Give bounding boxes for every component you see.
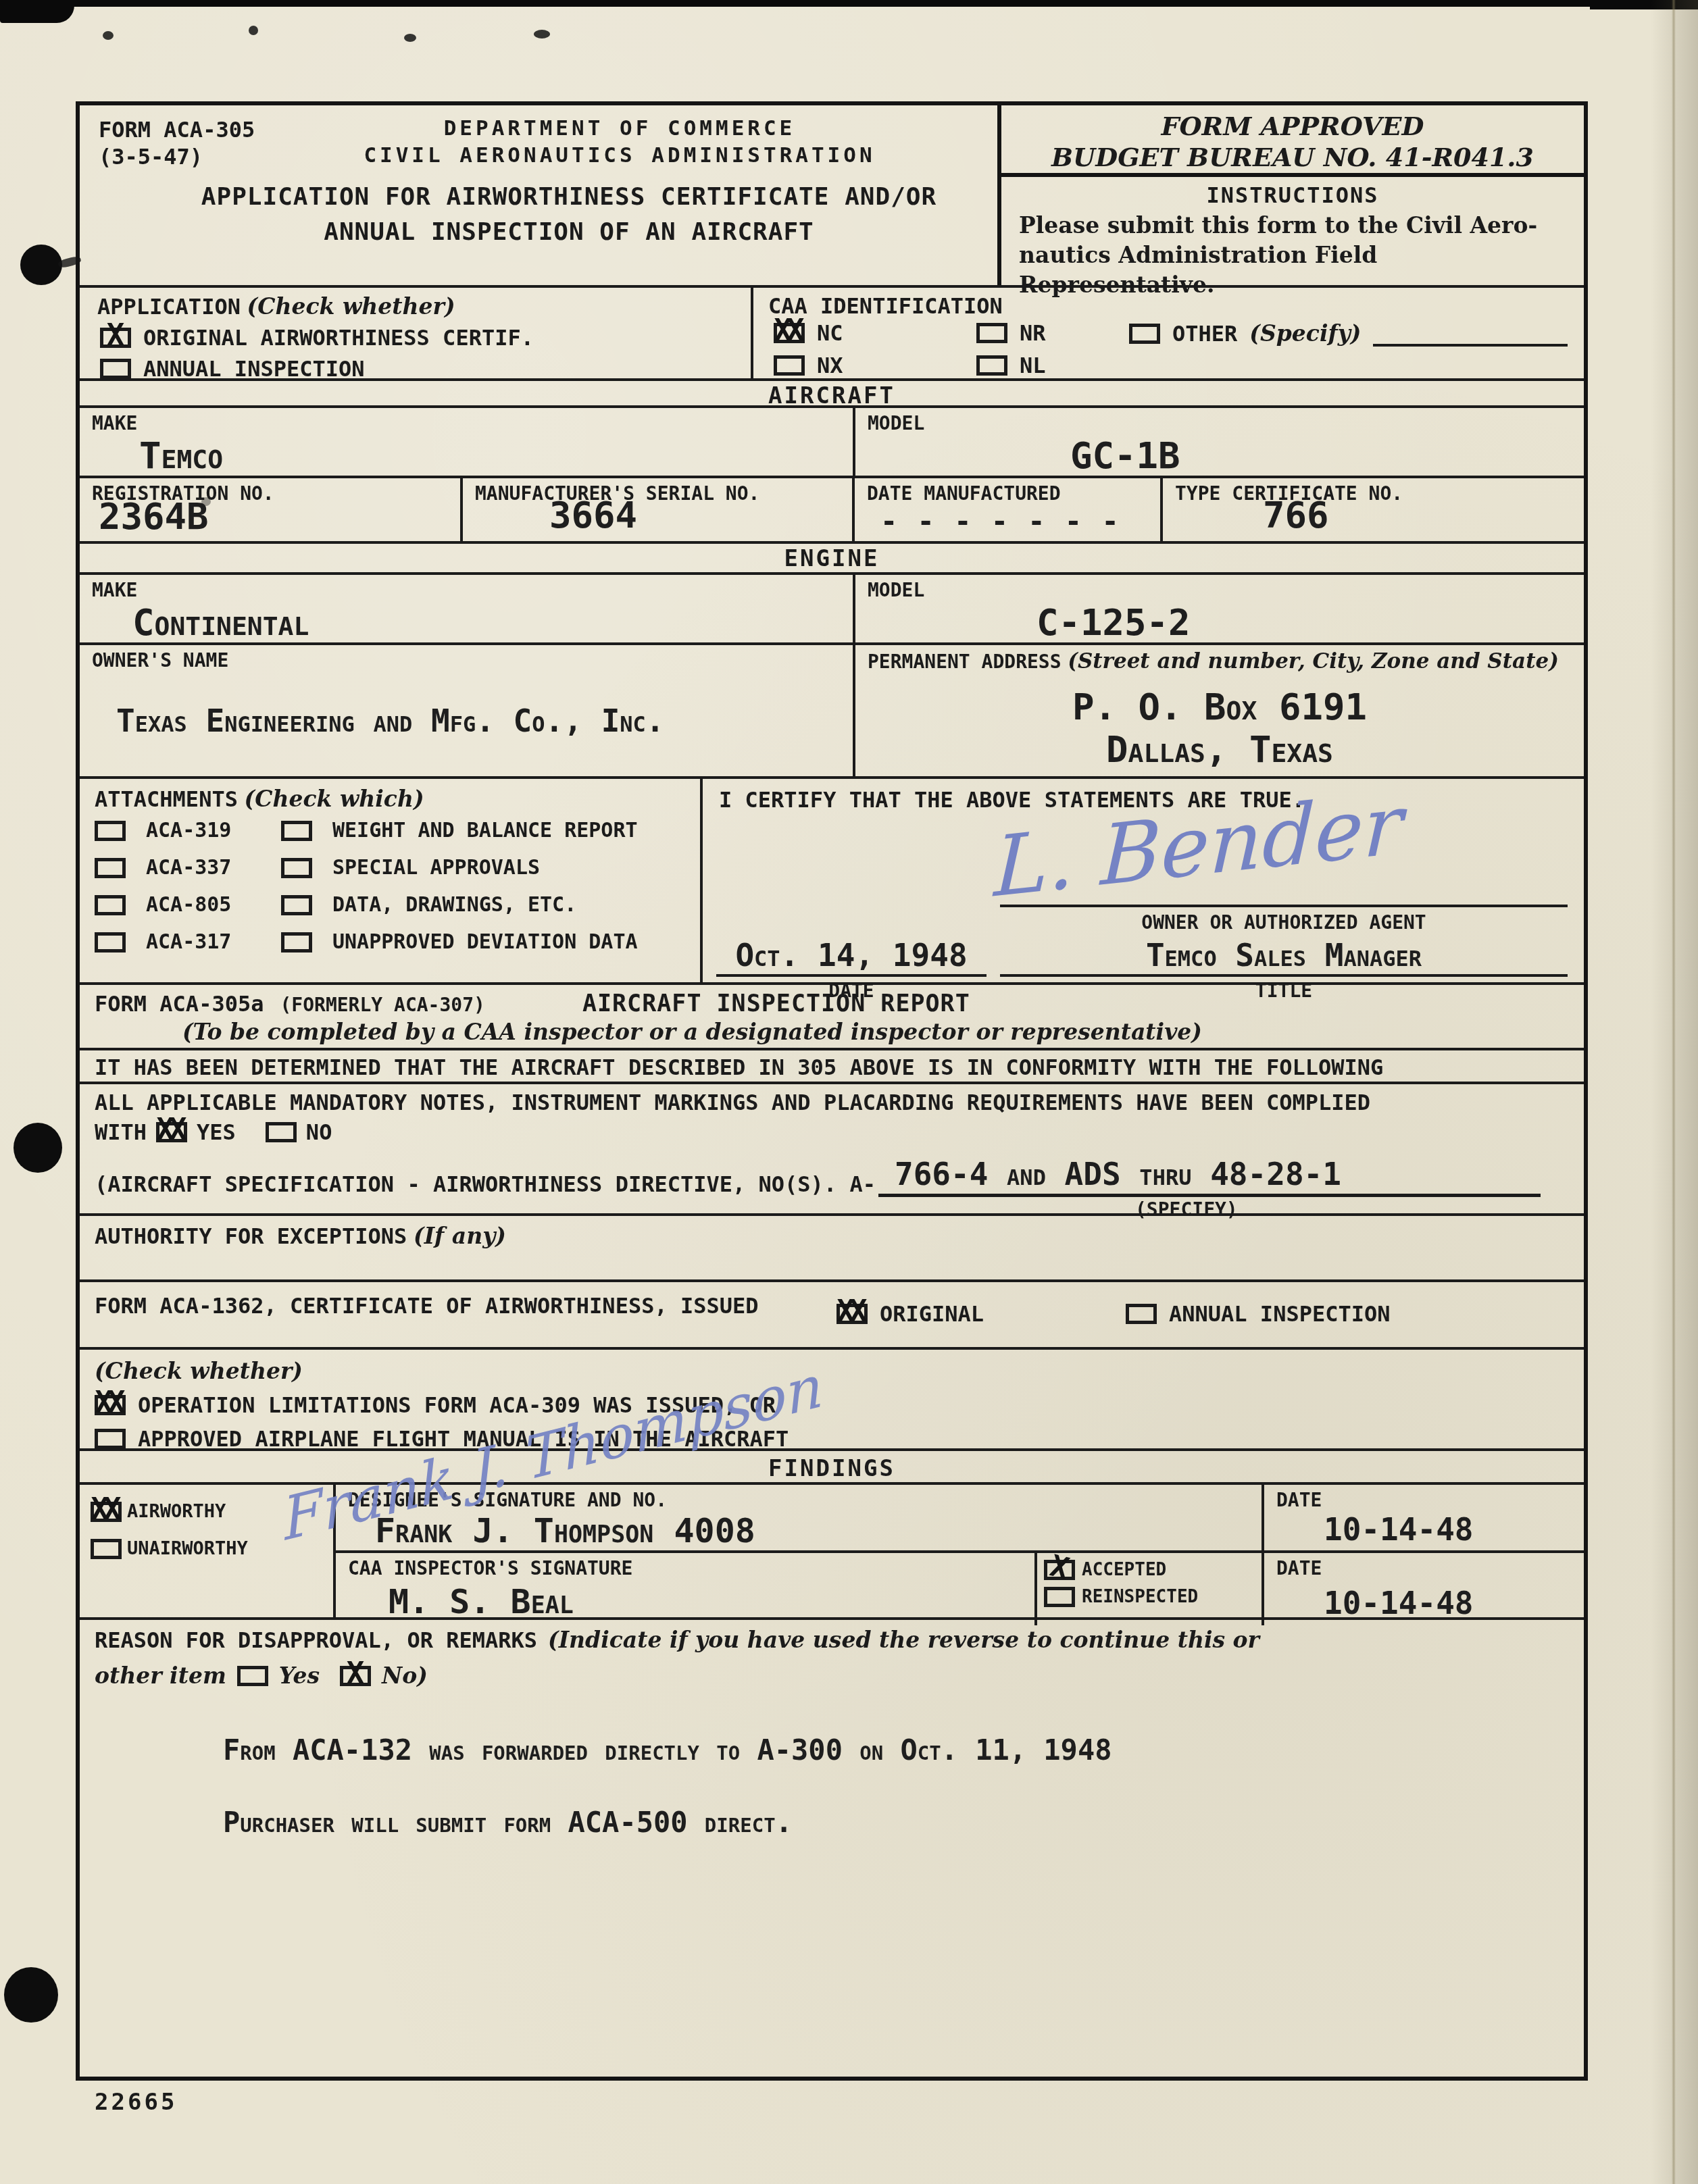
other-label: OTHER (1172, 321, 1237, 347)
aircraft-make-model-row: MAKE Temco MODEL GC-1B (80, 408, 1584, 478)
authority-exceptions-row: AUTHORITY FOR EXCEPTIONS (If any) (80, 1216, 1584, 1282)
unapproved-deviation-label: UNAPPROVED DEVIATION DATA (332, 930, 685, 954)
check-which-note: (Check which) (245, 786, 424, 812)
instructions-box: INSTRUCTIONS Please submit this form to … (1001, 177, 1584, 305)
paper-crease (1672, 0, 1676, 2184)
airworthy-checkbox[interactable]: XX (91, 1502, 122, 1522)
instructions-title: INSTRUCTIONS (1019, 182, 1566, 208)
if-any-note: (If any) (414, 1223, 506, 1249)
engine-model-value: C-125-2 (1037, 601, 1191, 644)
special-approvals-checkbox[interactable] (281, 858, 312, 878)
check-whether-note: (Check whether) (247, 293, 455, 320)
type-certificate-cell: TYPE CERTIFICATE NO. 766 (1163, 478, 1584, 541)
aca-305-form: FORM ACA-305 (3-5-47) DEPARTMENT OF COMM… (76, 101, 1588, 2081)
aircraft-make-value: Temco (139, 434, 223, 477)
checkbox-mark: X (107, 318, 125, 353)
application-label: APPLICATION (97, 294, 241, 320)
issued-original-label: ORIGINAL (880, 1301, 984, 1327)
engine-make-model-row: MAKE Continental MODEL C-125-2 (80, 575, 1584, 645)
engine-section-title: ENGINE (80, 544, 1584, 575)
engine-model-label: MODEL (868, 579, 1572, 601)
nl-checkbox[interactable] (976, 355, 1007, 376)
other-specify-field[interactable] (1373, 321, 1568, 347)
annual-inspection-checkbox[interactable] (100, 359, 131, 379)
owner-row: OWNER'S NAME Texas Engineering and Mfg. … (80, 645, 1584, 779)
permanent-address-cell: PERMANENT ADDRESS (Street and number, Ci… (855, 645, 1584, 776)
aircraft-make-cell: MAKE Temco (80, 408, 855, 476)
punch-hole (20, 245, 62, 285)
date-manufactured-label: DATE MANUFACTURED (867, 482, 1148, 505)
certification-cell: I CERTIFY THAT THE ABOVE STATEMENTS ARE … (700, 779, 1584, 982)
reinspected-label: REINSPECTED (1082, 1587, 1198, 1607)
with-label: WITH (95, 1119, 147, 1145)
nr-label: NR (1020, 320, 1046, 346)
checkbox-mark: XX (774, 313, 805, 348)
nx-checkbox[interactable] (774, 355, 805, 376)
inspector-date-label: DATE (1276, 1557, 1572, 1579)
unairworthy-checkbox[interactable] (91, 1539, 122, 1559)
aca-805-label: ACA-805 (146, 893, 281, 917)
inspector-typed-name: M. S. Beal (389, 1582, 1022, 1621)
designee-date-value: 10-14-48 (1324, 1511, 1572, 1548)
nc-checkbox[interactable]: XX (774, 323, 805, 343)
engine-make-value: Continental (132, 601, 309, 644)
complied-no-checkbox[interactable] (266, 1122, 297, 1142)
form-number-line1: FORM ACA-305 (99, 116, 255, 143)
formerly-note: (FORMERLY ACA-307) (280, 994, 484, 1016)
print-serial-number: 22665 (95, 2089, 177, 2116)
issued-annual-label: ANNUAL INSPECTION (1169, 1301, 1391, 1327)
inspector-date-value: 10-14-48 (1324, 1585, 1572, 1621)
data-drawings-label: DATA, DRAWINGS, ETC. (332, 893, 685, 917)
original-airworthiness-label: ORIGINAL AIRWORTHINESS CERTIF. (143, 325, 534, 351)
header-right: FORM APPROVED BUDGET BUREAU NO. 41-R041.… (997, 105, 1584, 285)
aca-319-checkbox[interactable] (95, 821, 126, 841)
punch-hole (14, 1123, 62, 1173)
nl-label: NL (1020, 353, 1046, 378)
form-header: FORM ACA-305 (3-5-47) DEPARTMENT OF COMM… (80, 105, 1584, 288)
punch-hole (4, 1967, 58, 2023)
date-manufactured-value: - - - - - - - (880, 505, 1120, 538)
reinspected-checkbox[interactable] (1044, 1587, 1075, 1607)
weight-balance-checkbox[interactable] (281, 821, 312, 841)
attachments-cell: ATTACHMENTS (Check which) ACA-319 WEIGHT… (80, 779, 700, 982)
title-value: Temco Sales Manager (1000, 937, 1568, 973)
checkbox-mark: X (1047, 1548, 1072, 1586)
annual-inspection-label: ANNUAL INSPECTION (143, 356, 365, 382)
aca-319-label: ACA-319 (146, 819, 281, 842)
inspector-row: CAA INSPECTOR'S SIGNATURE M. S. Beal X A… (336, 1553, 1584, 1625)
type-certificate-value: 766 (1263, 494, 1329, 536)
designee-date-cell[interactable]: DATE 10-14-48 (1262, 1485, 1584, 1550)
inspection-report-title: AIRCRAFT INSPECTION REPORT (582, 990, 970, 1017)
form-title-line1: APPLICATION FOR AIRWORTHINESS CERTIFICAT… (141, 180, 997, 215)
photo-edge-corner (0, 0, 74, 23)
weight-balance-label: WEIGHT AND BALANCE REPORT (332, 819, 685, 842)
spec-directive-field[interactable]: 766-4 and ADS thru 48-28-1 (878, 1154, 1541, 1197)
aca-1362-row: FORM ACA-1362, CERTIFICATE OF AIRWORTHIN… (80, 1282, 1584, 1350)
permanent-address-note: (Street and number, City, Zone and State… (1068, 649, 1559, 674)
budget-bureau-number: BUDGET BUREAU NO. 41-R041.3 (1001, 142, 1584, 173)
owner-name-value: Texas Engineering and Mfg. Co., Inc. (116, 703, 841, 739)
aircraft-registration-row: REGISTRATION NO. 2364B MANUFACTURER'S SE… (80, 478, 1584, 544)
caa-identification-cell: CAA IDENTIFICATION XX NC NR NX NL (751, 288, 1584, 378)
checkbox-mark: XX (91, 1492, 122, 1526)
title-line[interactable] (1000, 974, 1568, 977)
remarks-note-line2: other item (95, 1662, 226, 1689)
aca-1362-label: FORM ACA-1362, CERTIFICATE OF AIRWORTHIN… (95, 1293, 759, 1319)
issued-original-checkbox[interactable]: XX (836, 1304, 868, 1324)
remarks-typed-line1: From ACA-132 was forwarded directly to A… (223, 1733, 1569, 1767)
certify-date-value: Oct. 14, 1948 (716, 937, 987, 973)
check-whether-section: (Check whether) XX OPERATION LIMITATIONS… (80, 1350, 1584, 1451)
remarks-label: REASON FOR DISAPPROVAL, OR REMARKS (95, 1627, 537, 1653)
designee-typed-name: Frank J. Thompson 4008 (375, 1511, 1249, 1550)
serial-cell: MANUFACTURER'S SERIAL NO. 3664 (463, 478, 855, 541)
aircraft-model-value: GC-1B (1070, 434, 1180, 477)
date-line[interactable] (716, 974, 987, 977)
department-line1: DEPARTMENT OF COMMERCE (242, 115, 997, 142)
authority-exceptions-label: AUTHORITY FOR EXCEPTIONS (95, 1223, 407, 1249)
other-checkbox[interactable] (1129, 324, 1160, 344)
date-manufactured-cell: DATE MANUFACTURED - - - - - - - (855, 478, 1163, 541)
address-line2: Dallas, Texas (868, 728, 1572, 771)
serial-label: MANUFACTURER'S SERIAL NO. (475, 482, 840, 505)
address-line1: P. O. Box 6191 (868, 686, 1572, 728)
nx-label: NX (817, 353, 843, 378)
yes-label: YES (197, 1119, 236, 1145)
spec-directive-label: (AIRCRAFT SPECIFICATION - AIRWORTHINESS … (95, 1171, 876, 1197)
inspector-date-cell[interactable]: DATE 10-14-48 (1262, 1553, 1584, 1625)
no-label: NO (306, 1119, 332, 1145)
aircraft-model-label: MODEL (868, 412, 1572, 434)
aircraft-make-label: MAKE (92, 412, 841, 434)
accepted-cell: X ACCEPTED REINSPECTED (1034, 1553, 1262, 1625)
form-title-line2: ANNUAL INSPECTION OF AN AIRCRAFT (141, 215, 997, 250)
designee-date-label: DATE (1276, 1489, 1572, 1511)
reverse-used-yes-checkbox[interactable] (237, 1666, 268, 1686)
form-approved-line: FORM APPROVED (1001, 111, 1584, 142)
attachments-certify-row: ATTACHMENTS (Check which) ACA-319 WEIGHT… (80, 779, 1584, 985)
check-whether-label: (Check whether) (95, 1358, 1569, 1384)
registration-value: 2364B (99, 495, 209, 538)
reverse-used-no-checkbox[interactable]: X (340, 1666, 371, 1686)
aca-337-checkbox[interactable] (95, 858, 126, 878)
issued-annual-checkbox[interactable] (1126, 1304, 1157, 1324)
department-line2: CIVIL AERONAUTICS ADMINISTRATION (242, 142, 997, 169)
original-airworthiness-checkbox[interactable]: X (100, 328, 131, 348)
photo-edge-top (0, 0, 1698, 7)
accepted-label: ACCEPTED (1082, 1560, 1166, 1580)
instructions-line1: Please submit this form to the Civil Aer… (1019, 211, 1566, 240)
serial-value: 3664 (549, 494, 637, 536)
inspection-report-header: FORM ACA-305a (FORMERLY ACA-307) AIRCRAF… (80, 985, 1584, 1050)
compliance-statement: ALL APPLICABLE MANDATORY NOTES, INSTRUME… (95, 1090, 1569, 1115)
permanent-address-label: PERMANENT ADDRESS (868, 651, 1062, 673)
aircraft-model-cell: MODEL GC-1B (855, 408, 1584, 476)
engine-make-cell: MAKE Continental (80, 575, 855, 642)
aca-337-label: ACA-337 (146, 856, 281, 880)
conformity-statement: IT HAS BEEN DETERMINED THAT THE AIRCRAFT… (80, 1050, 1584, 1084)
inspector-signature-cell[interactable]: CAA INSPECTOR'S SIGNATURE M. S. Beal (336, 1553, 1034, 1625)
checkbox-mark: XX (837, 1294, 868, 1329)
remarks-note-line1: (Indicate if you have used the reverse t… (548, 1627, 1259, 1653)
unapproved-deviation-checkbox[interactable] (281, 932, 312, 953)
unairworthy-label: UNAIRWORTHY (127, 1538, 248, 1559)
application-cell: APPLICATION (Check whether) X ORIGINAL A… (80, 288, 751, 378)
aircraft-section-title: AIRCRAFT (80, 381, 1584, 408)
form-title: APPLICATION FOR AIRWORTHINESS CERTIFICAT… (141, 180, 997, 250)
type-certificate-label: TYPE CERTIFICATE NO. (1175, 482, 1572, 505)
budget-bureau-box: FORM APPROVED BUDGET BUREAU NO. 41-R041.… (1001, 105, 1584, 177)
remarks-section: REASON FOR DISAPPROVAL, OR REMARKS (Indi… (80, 1620, 1584, 2077)
inspection-report-subtitle: (To be completed by a CAA inspector or a… (182, 1019, 1569, 1045)
accepted-checkbox[interactable]: X (1044, 1560, 1075, 1580)
aca-805-checkbox[interactable] (95, 895, 126, 915)
inspector-signature-label: CAA INSPECTOR'S SIGNATURE (348, 1557, 1022, 1579)
checkbox-mark: XX (157, 1113, 187, 1147)
airworthy-label: AIRWORTHY (127, 1501, 226, 1522)
flight-manual-checkbox[interactable] (95, 1429, 126, 1449)
operation-limitations-checkbox[interactable]: XX (95, 1395, 126, 1415)
engine-model-cell: MODEL C-125-2 (855, 575, 1584, 642)
reverse-used-yes-label: Yes (279, 1662, 320, 1689)
scanned-form-page: FORM ACA-305 (3-5-47) DEPARTMENT OF COMM… (0, 0, 1698, 2184)
header-left: FORM ACA-305 (3-5-47) DEPARTMENT OF COMM… (80, 105, 997, 285)
owner-name-cell: OWNER'S NAME Texas Engineering and Mfg. … (80, 645, 855, 776)
form-number-line2: (3-5-47) (99, 143, 255, 170)
nc-label: NC (817, 320, 843, 346)
nr-checkbox[interactable] (976, 323, 1007, 343)
aca-317-checkbox[interactable] (95, 932, 126, 953)
form-305a-number: FORM ACA-305a (95, 991, 264, 1017)
complied-yes-checkbox[interactable]: XX (156, 1122, 187, 1142)
reverse-used-no-label: No) (382, 1662, 428, 1689)
checkbox-mark: XX (95, 1386, 126, 1420)
other-specify-note: (Specify) (1249, 320, 1361, 347)
form-number: FORM ACA-305 (3-5-47) (99, 116, 255, 170)
engine-make-label: MAKE (92, 579, 841, 601)
remarks-typed-line2: Purchaser will submit form ACA-500 direc… (223, 1806, 1569, 1839)
owner-agent-label: OWNER OR AUTHORIZED AGENT (1000, 911, 1568, 934)
aca-317-label: ACA-317 (146, 930, 281, 954)
special-approvals-label: SPECIAL APPROVALS (332, 856, 685, 880)
compliance-section: ALL APPLICABLE MANDATORY NOTES, INSTRUME… (80, 1084, 1584, 1216)
data-drawings-checkbox[interactable] (281, 895, 312, 915)
checkbox-mark: X (347, 1656, 365, 1690)
registration-cell: REGISTRATION NO. 2364B (80, 478, 463, 541)
application-section: APPLICATION (Check whether) X ORIGINAL A… (80, 288, 1584, 381)
owner-name-label: OWNER'S NAME (92, 649, 841, 671)
attachments-label: ATTACHMENTS (95, 786, 238, 812)
department-name: DEPARTMENT OF COMMERCE CIVIL AERONAUTICS… (242, 115, 997, 169)
signature-line[interactable] (1000, 905, 1568, 907)
